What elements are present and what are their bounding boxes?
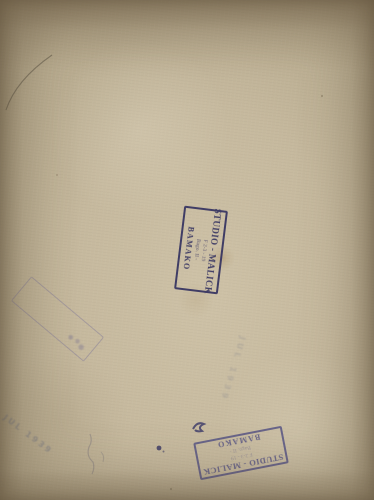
photo-verso-scan: STUDIO - MALICK F 2-3 - 19 Bago. II - BA… bbox=[0, 0, 374, 500]
pencil-arc-mark bbox=[6, 55, 52, 110]
ink-speck bbox=[163, 451, 165, 453]
paper-speck-2 bbox=[170, 488, 172, 490]
paper-speck bbox=[321, 95, 323, 97]
pencil-squiggle-mark bbox=[88, 434, 94, 474]
paper-speck-3 bbox=[56, 174, 58, 176]
faint-ink-smear bbox=[64, 331, 87, 352]
ink-scribble-mark bbox=[193, 423, 204, 431]
ink-blot bbox=[157, 446, 162, 451]
pencil-squiggle-mark-2 bbox=[101, 452, 104, 462]
